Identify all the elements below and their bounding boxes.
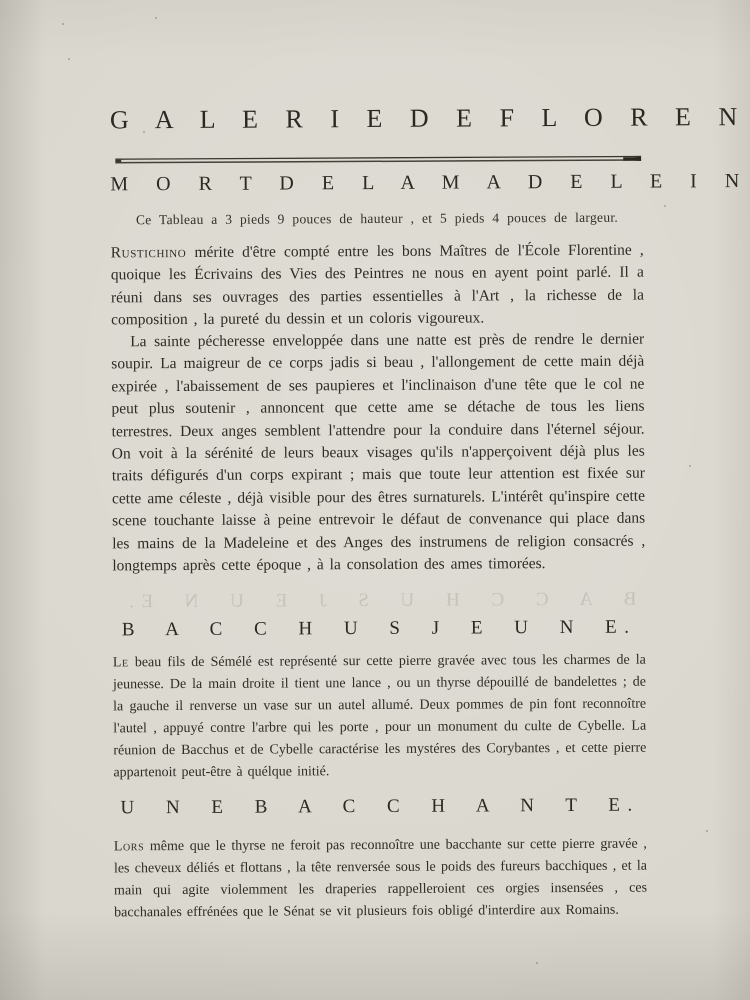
paragraph-text: même que le thyrse ne feroit pas reconno… — [114, 837, 647, 921]
double-rule-icon — [115, 155, 641, 166]
page-content: G A L E R I E D E F L O R E N C E. M O R… — [0, 0, 750, 1000]
paragraph-rustichino: Rustichino mérite d'être compté entre le… — [111, 240, 644, 332]
bleedthrough-text: B A C C H U S J E U N E. — [112, 589, 645, 614]
paragraph-sainte-pecheresse: La sainte pécheresse enveloppée dans une… — [111, 329, 645, 578]
document-page: G A L E R I E D E F L O R E N C E. M O R… — [0, 0, 750, 1000]
section-heading-mort-de-la-madeleine: M O R T D E L A M A D E L E I N E. — [110, 170, 643, 197]
paragraph-text: beau fils de Sémélé est représenté sur c… — [113, 653, 646, 780]
paragraph-text: La sainte pécheresse enveloppée dans une… — [111, 331, 645, 575]
page-title: G A L E R I E D E F L O R E N C E. — [110, 103, 643, 136]
paragraph-lead: Rustichino — [111, 244, 187, 261]
title-divider-rule — [115, 150, 641, 161]
paragraph-lead: Lors — [114, 839, 144, 854]
paragraph-bacchante: Lors même que le thyrse ne feroit pas re… — [114, 834, 647, 924]
painting-dimension-note: Ce Tableau a 3 pieds 9 pouces de hauteur… — [110, 210, 643, 229]
paragraph-lead: Le — [113, 655, 129, 670]
paragraph-bacchus: Le beau fils de Sémélé est représenté su… — [113, 650, 647, 784]
section-heading-une-bacchante: U N E B A C C H A N T E. — [114, 795, 647, 820]
paragraph-text: mérite d'être compté entre les bons Maît… — [111, 242, 644, 329]
section-heading-bacchus-jeune: B A C C H U S J E U N E. — [113, 617, 646, 642]
